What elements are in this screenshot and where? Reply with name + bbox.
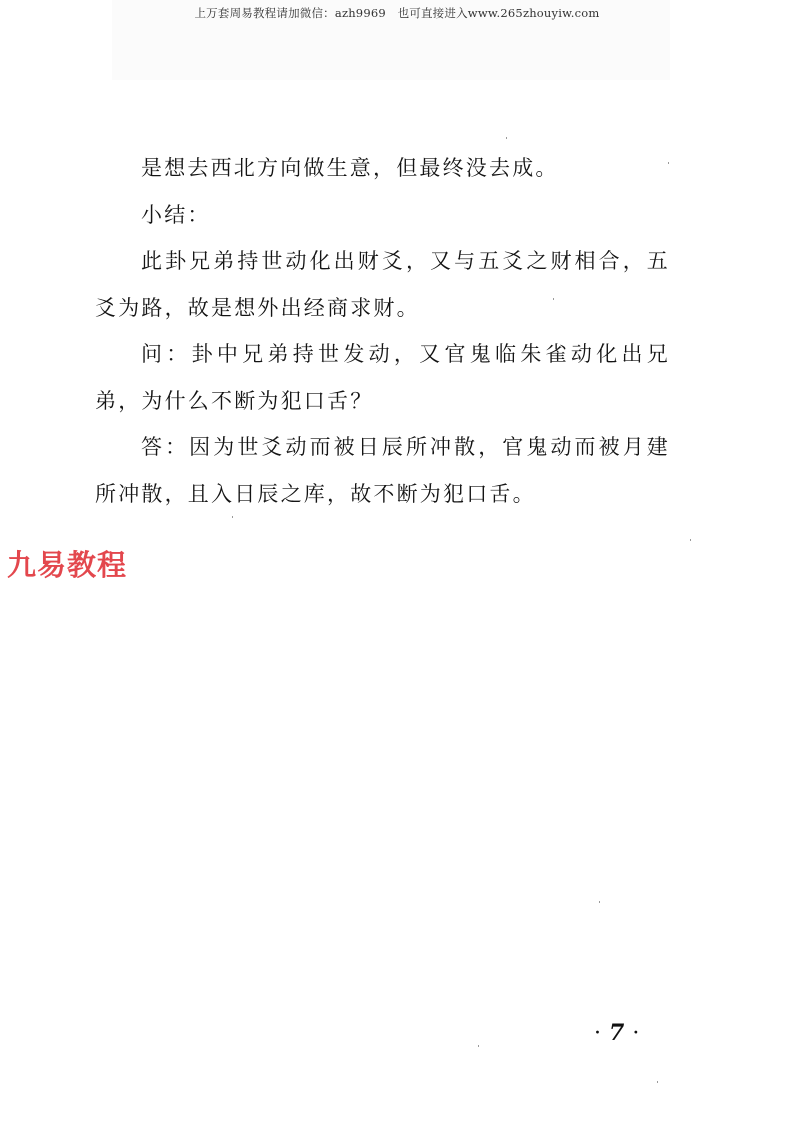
scan-speck (599, 901, 600, 903)
scan-speck (690, 539, 691, 541)
scan-speck (506, 137, 507, 139)
scan-speck (478, 1045, 479, 1047)
scan-speck (657, 1081, 658, 1083)
page-number-value: 7 (601, 1020, 632, 1046)
page-number-left-dot: · (594, 1021, 601, 1046)
paragraph-continuation: 是想去西北方向做生意，但最终没去成。 (95, 145, 670, 192)
page-number-right-dot: · (632, 1021, 639, 1046)
watermark-logo: 九易教程 (7, 543, 127, 584)
scan-speck (232, 516, 233, 518)
page-number: ·7· (594, 1020, 639, 1046)
scan-speck (553, 298, 554, 300)
scan-speck (668, 162, 669, 164)
paragraph-question: 问：卦中兄弟持世发动，又官鬼临朱雀动化出兄弟，为什么不断为犯口舌？ (95, 331, 670, 424)
paragraph-summary-heading: 小结： (95, 192, 670, 239)
paragraph-answer: 答：因为世爻动而被日辰所冲散，官鬼动而被月建所冲散，且入日辰之库，故不断为犯口舌… (95, 424, 670, 517)
document-body: 是想去西北方向做生意，但最终没去成。 小结： 此卦兄弟持世动化出财爻，又与五爻之… (95, 145, 670, 517)
header-promo-note: 上万套周易教程请加微信：azh9969 也可直接进入www.265zhouyiw… (0, 5, 794, 21)
paragraph-summary: 此卦兄弟持世动化出财爻，又与五爻之财相合，五爻为路，故是想外出经商求财。 (95, 238, 670, 331)
